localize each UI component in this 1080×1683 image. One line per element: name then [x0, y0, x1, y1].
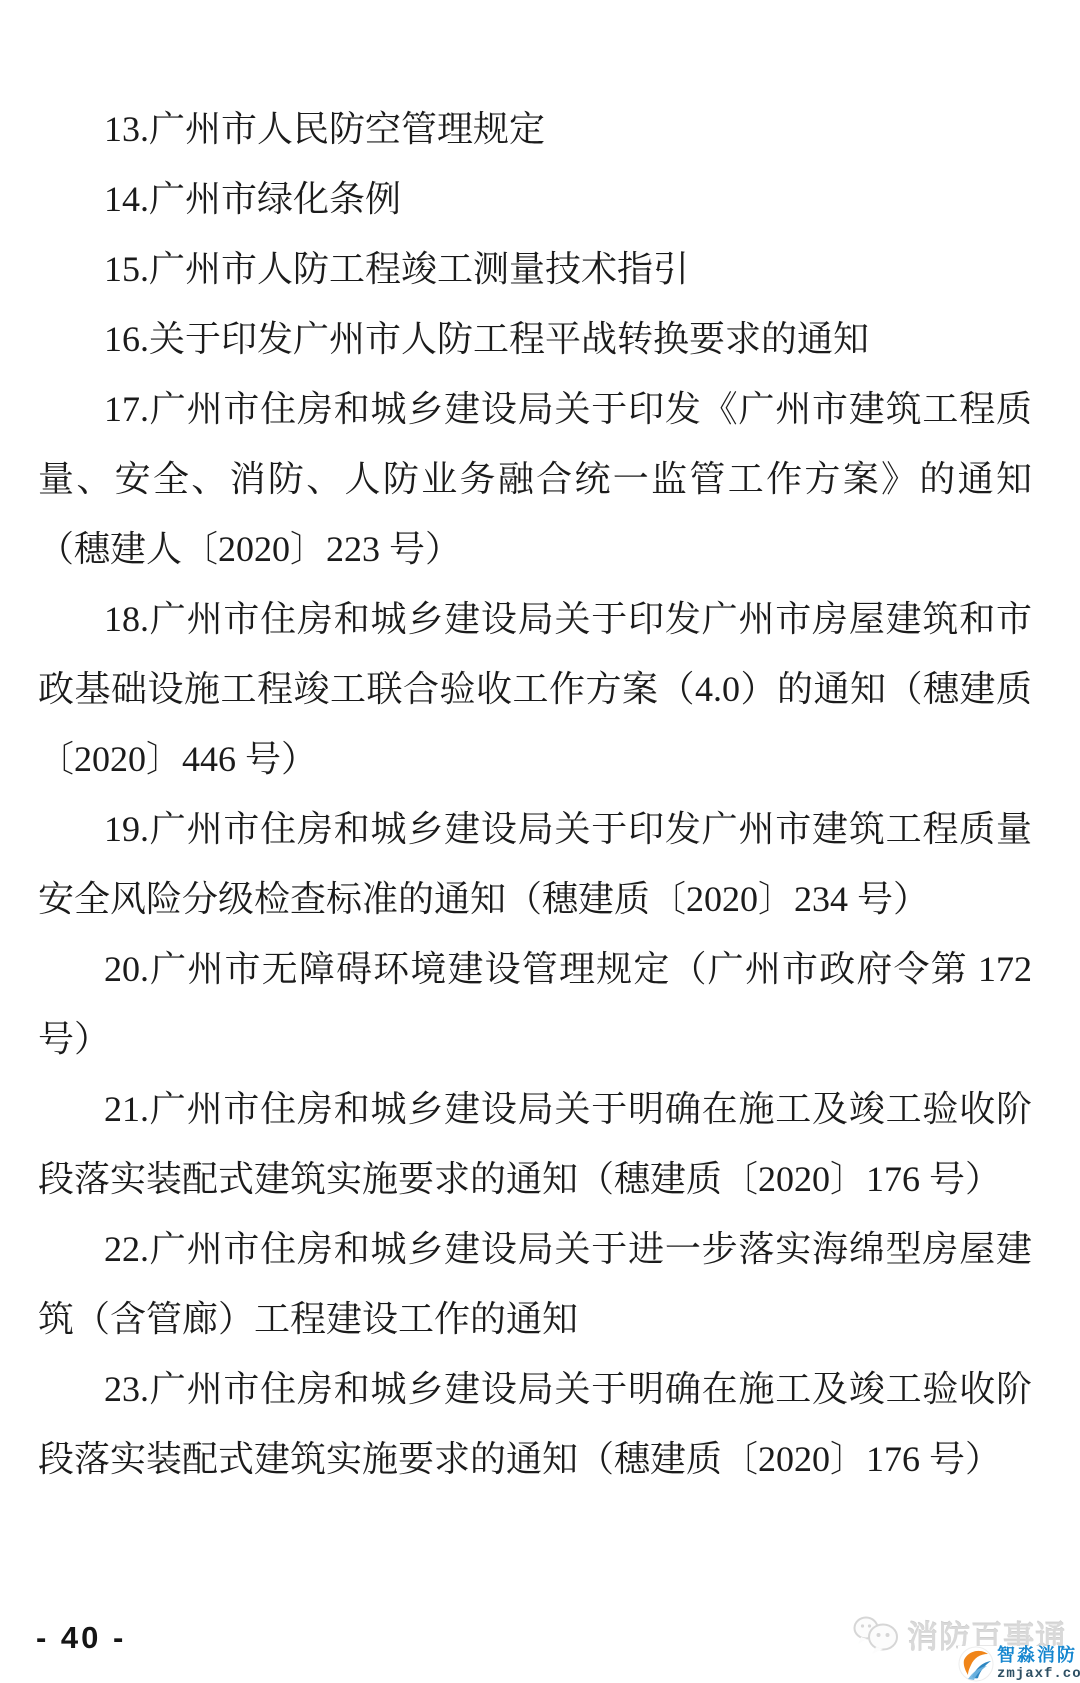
doc-line: 18.广州市住房和城乡建设局关于印发广州市房屋建筑和市 [38, 584, 1032, 654]
doc-line: 政基础设施工程竣工联合验收工作方案（4.0）的通知（穗建质 [38, 654, 1032, 724]
brand-site: zmjaxf.com [997, 1667, 1080, 1681]
watermark-brand: 智淼消防 zmjaxf.com [958, 1646, 1080, 1682]
doc-line: 17.广州市住房和城乡建设局关于印发《广州市建筑工程质 [38, 374, 1032, 444]
doc-line: 21.广州市住房和城乡建设局关于明确在施工及竣工验收阶 [38, 1074, 1032, 1144]
doc-line: 段落实装配式建筑实施要求的通知（穗建质〔2020〕176 号） [38, 1144, 1032, 1214]
doc-line: 16.关于印发广州市人防工程平战转换要求的通知 [38, 304, 1032, 374]
doc-line: 筑（含管廊）工程建设工作的通知 [38, 1284, 1032, 1354]
doc-line: （穗建人〔2020〕223 号） [38, 514, 1032, 584]
doc-line: 19.广州市住房和城乡建设局关于印发广州市建筑工程质量 [38, 794, 1032, 864]
page-number: - 40 - [36, 1620, 126, 1656]
doc-line: 22.广州市住房和城乡建设局关于进一步落实海绵型房屋建 [38, 1214, 1032, 1284]
doc-line: 15.广州市人防工程竣工测量技术指引 [38, 234, 1032, 304]
doc-line: 〔2020〕446 号） [38, 724, 1032, 794]
doc-line: 安全风险分级检查标准的通知（穗建质〔2020〕234 号） [38, 864, 1032, 934]
doc-line: 20.广州市无障碍环境建设管理规定（广州市政府令第 172 [38, 934, 1032, 1004]
chat-bubbles-icon [852, 1614, 902, 1656]
doc-line: 13.广州市人民防空管理规定 [38, 94, 1032, 164]
document-body: 13.广州市人民防空管理规定 14.广州市绿化条例 15.广州市人防工程竣工测量… [38, 94, 1032, 1494]
zhimiao-fire-logo [958, 1646, 994, 1682]
doc-line: 量、安全、消防、人防业务融合统一监管工作方案》的通知 [38, 444, 1032, 514]
brand-name: 智淼消防 [997, 1646, 1080, 1664]
doc-line: 14.广州市绿化条例 [38, 164, 1032, 234]
doc-line: 段落实装配式建筑实施要求的通知（穗建质〔2020〕176 号） [38, 1424, 1032, 1494]
document-page: 13.广州市人民防空管理规定 14.广州市绿化条例 15.广州市人防工程竣工测量… [0, 0, 1080, 1683]
doc-line: 23.广州市住房和城乡建设局关于明确在施工及竣工验收阶 [38, 1354, 1032, 1424]
doc-line: 号） [38, 1004, 1032, 1074]
